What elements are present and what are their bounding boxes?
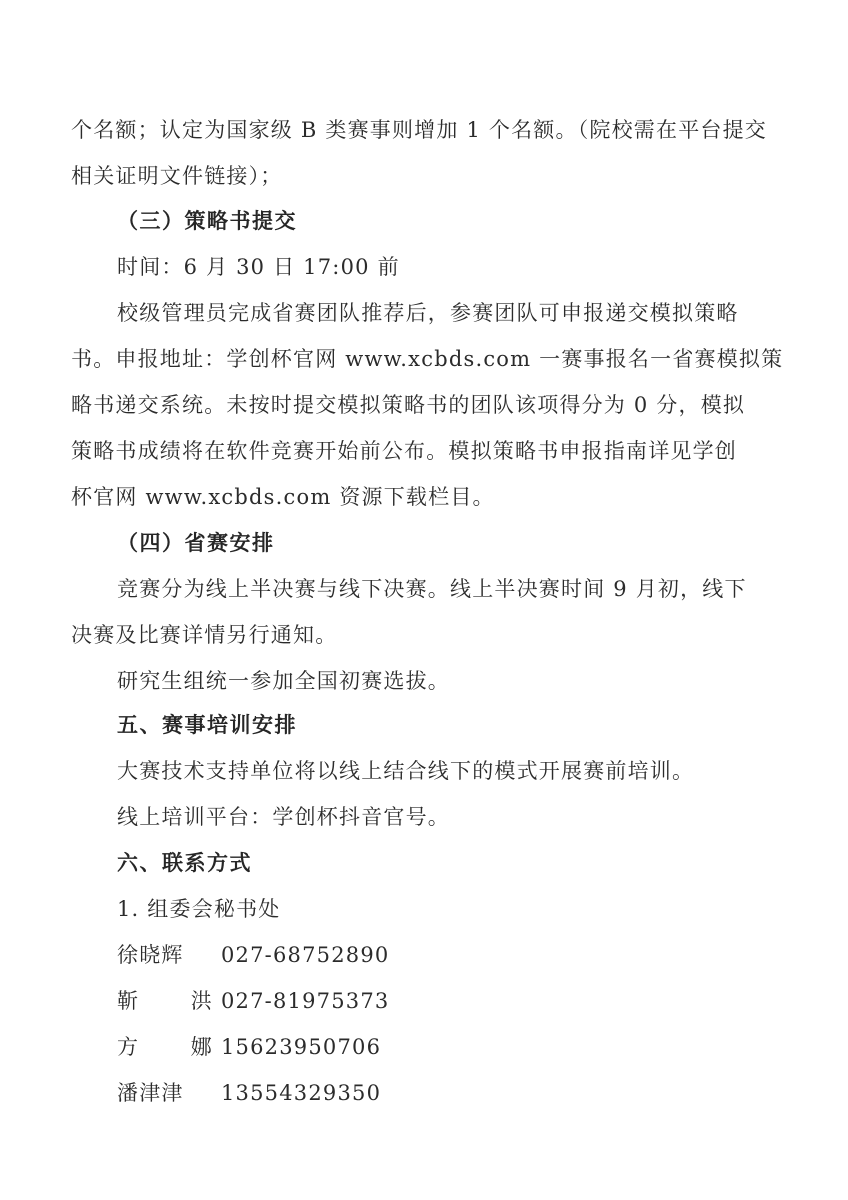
section-3-paragraph-line-3: 略书递交系统。未按时提交模拟策略书的团队该项得分为 0 分，模拟 [71, 391, 745, 419]
contact-subheading: 1. 组委会秘书处 [117, 895, 281, 923]
training-line-2: 线上培训平台：学创杯抖音官号。 [117, 803, 450, 831]
contact-phone: 15623950706 [221, 1035, 381, 1059]
section-4-note: 研究生组统一参加全国初赛选拔。 [117, 667, 450, 695]
document-page: 个名额；认定为国家级 B 类赛事则增加 1 个名额。（院校需在平台提交 相关证明… [0, 0, 848, 1200]
contact-name-part: 靳 [117, 987, 139, 1015]
contact-name: 徐晓辉 [117, 941, 221, 969]
section-3-paragraph-line-5: 杯官网 www.xcbds.com 资源下载栏目。 [71, 483, 495, 511]
section-4-heading: （四）省赛安排 [117, 529, 275, 557]
contact-name-part: 娜 [191, 1033, 213, 1061]
contact-name-part: 洪 [191, 987, 213, 1015]
training-line-1: 大赛技术支持单位将以线上结合线下的模式开展赛前培训。 [117, 757, 694, 785]
contact-phone: 027-81975373 [221, 989, 389, 1013]
contact-row: 潘津津13554329350 [117, 1079, 381, 1107]
section-3-paragraph-line-4: 策略书成绩将在软件竞赛开始前公布。模拟策略书申报指南详见学创 [71, 437, 737, 465]
section-3-paragraph-line-1: 校级管理员完成省赛团队推荐后，参赛团队可申报递交模拟策略 [117, 299, 739, 327]
contact-row: 方娜15623950706 [117, 1033, 381, 1061]
section-3-paragraph-line-2: 书。申报地址：学创杯官网 www.xcbds.com 一赛事报名一省赛模拟策 [71, 345, 783, 373]
contact-row: 靳洪027-81975373 [117, 987, 389, 1015]
contact-row: 徐晓辉027-68752890 [117, 941, 389, 969]
contact-name-part: 方 [117, 1033, 139, 1061]
continuation-line-2: 相关证明文件链接）； [71, 162, 283, 190]
contact-phone: 13554329350 [221, 1081, 381, 1105]
contact-phone: 027-68752890 [221, 943, 389, 967]
continuation-line-1: 个名额；认定为国家级 B 类赛事则增加 1 个名额。（院校需在平台提交 [71, 116, 767, 144]
section-3-time: 时间：6 月 30 日 17:00 前 [117, 253, 400, 281]
section-4-paragraph-line-2: 决赛及比赛详情另行通知。 [71, 621, 337, 649]
contact-name: 方娜 [117, 1033, 221, 1061]
section-five-heading: 五、赛事培训安排 [117, 711, 297, 739]
contact-name: 潘津津 [117, 1079, 221, 1107]
section-4-paragraph-line-1: 竞赛分为线上半决赛与线下决赛。线上半决赛时间 9 月初，线下 [117, 575, 747, 603]
section-six-heading: 六、联系方式 [117, 849, 252, 877]
contact-name: 靳洪 [117, 987, 221, 1015]
section-3-heading: （三）策略书提交 [117, 207, 297, 235]
